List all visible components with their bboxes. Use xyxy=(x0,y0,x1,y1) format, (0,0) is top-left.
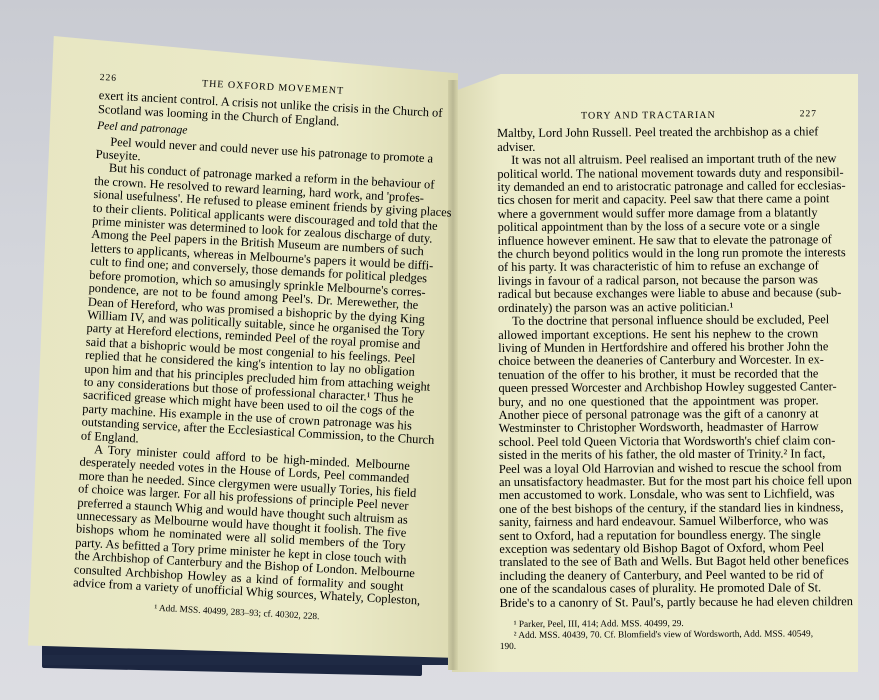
page-number: 226 xyxy=(99,72,117,86)
running-head-right: TORY AND TRACTARIAN 227 xyxy=(497,108,817,123)
book-gutter xyxy=(448,80,458,670)
left-page-text: 226 THE OXFORD MOVEMENT exert its ancien… xyxy=(72,72,430,628)
text-line: Maltby, Lord John Russell. Peel treated … xyxy=(497,126,817,141)
footnotes: ¹ Parker, Peel, III, 414; Add. MSS. 4049… xyxy=(500,618,820,653)
footnote: 190. xyxy=(500,640,820,653)
paragraph: It was not all altruism. Peel realised a… xyxy=(497,153,818,316)
text-line: Bride's to a canonry of St. Paul's, part… xyxy=(500,595,820,610)
right-page-text: TORY AND TRACTARIAN 227 Maltby, Lord Joh… xyxy=(497,108,820,653)
paragraph: To the doctrine that personal influence … xyxy=(498,313,820,610)
running-head-title: TORY AND TRACTARIAN xyxy=(497,108,800,123)
paragraph: Maltby, Lord John Russell. Peel treated … xyxy=(497,126,817,154)
paragraph: But his conduct of patronage marked a re… xyxy=(81,161,425,459)
footnote: ² Add. MSS. 40439, 70. Cf. Blomfield's v… xyxy=(500,629,820,642)
paragraph: A Tory minister could afford to be high-… xyxy=(73,442,410,607)
page-number: 227 xyxy=(800,108,817,121)
